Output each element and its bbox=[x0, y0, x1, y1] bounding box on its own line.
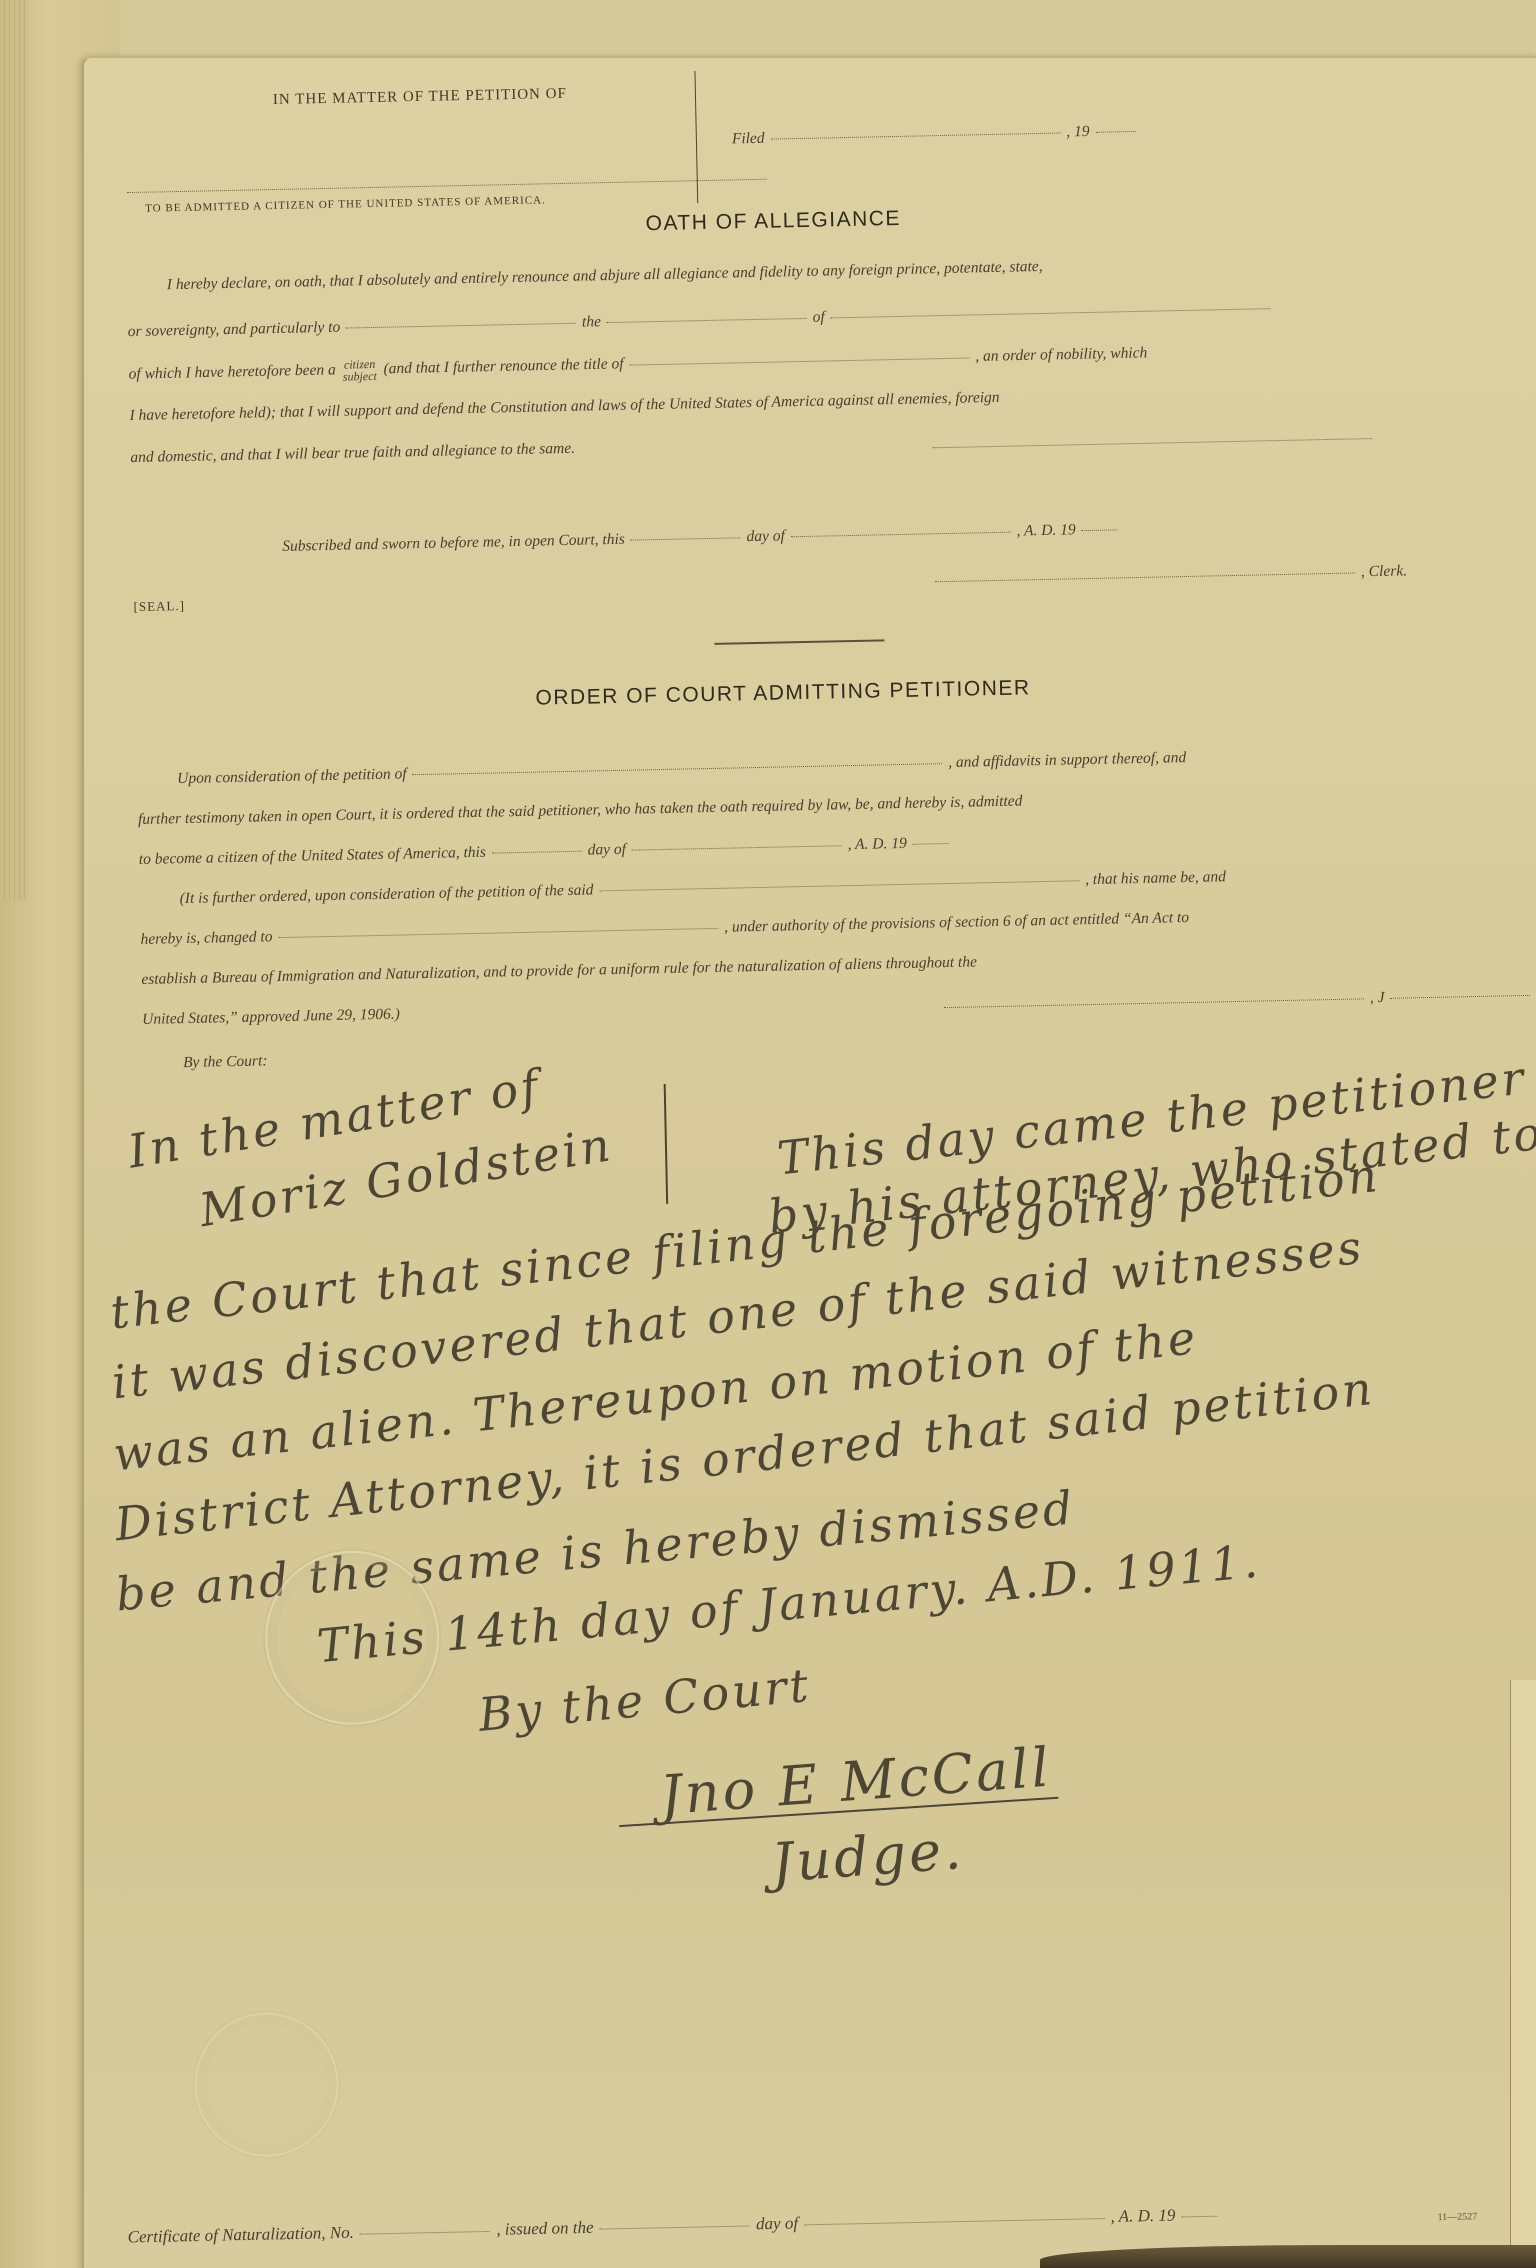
oath-line-2-of: of bbox=[812, 309, 824, 326]
issued-day-of: day of bbox=[756, 2213, 798, 2233]
order-day-field[interactable] bbox=[492, 851, 582, 854]
order-line-5-authority: , under authority of the provisions of s… bbox=[724, 909, 1189, 936]
issued-day-field[interactable] bbox=[600, 2225, 750, 2229]
judge-suffix: , J bbox=[1370, 989, 1385, 1006]
filed-year: , 19 bbox=[1066, 123, 1090, 140]
order-line-6: establish a Bureau of Immigration and Na… bbox=[141, 953, 977, 988]
order-petitioner-field[interactable] bbox=[412, 763, 942, 775]
book-binding bbox=[0, 0, 28, 900]
oath-line-3-renounce: (and that I further renounce the title o… bbox=[383, 355, 623, 377]
judge-title: Judge. bbox=[769, 1818, 966, 1895]
filed-row: Filed , 19 bbox=[732, 122, 1138, 148]
petition-matter-heading: IN THE MATTER OF THE PETITION OF bbox=[273, 86, 567, 109]
new-name-field[interactable] bbox=[278, 928, 718, 938]
oath-line-2: or sovereignty, and particularly to the … bbox=[128, 299, 1273, 341]
order-line-3-text: to become a citizen of the United States… bbox=[139, 844, 486, 868]
sworn-month-field[interactable] bbox=[791, 532, 1011, 538]
order-year-field[interactable] bbox=[913, 843, 949, 845]
header-brace bbox=[694, 71, 704, 203]
citizen-subject-choice: citizensubject bbox=[342, 358, 376, 383]
issued-month-field[interactable] bbox=[804, 2218, 1104, 2225]
sworn-year-field[interactable] bbox=[1082, 529, 1118, 531]
order-line-4-text: (It is further ordered, upon considerati… bbox=[179, 881, 593, 907]
oath-line-1: I hereby declare, on oath, that I absolu… bbox=[167, 258, 1043, 294]
sworn-year-label: , A. D. 19 bbox=[1016, 521, 1075, 539]
name-change-petitioner-field[interactable] bbox=[599, 880, 1079, 891]
filed-date-field[interactable] bbox=[770, 132, 1060, 139]
nobility-title-field[interactable] bbox=[629, 357, 969, 365]
oath-line-3-text: of which I have heretofore been a bbox=[128, 361, 335, 382]
order-line-5: hereby is, changed to , under authority … bbox=[140, 909, 1189, 949]
subject-option: subject bbox=[343, 369, 377, 384]
sworn-text: Subscribed and sworn to before me, in op… bbox=[282, 531, 625, 555]
country-field[interactable] bbox=[831, 308, 1271, 318]
oath-line-3-nobility: , an order of nobility, which bbox=[975, 344, 1147, 365]
order-line-2: further testimony taken in open Court, i… bbox=[138, 792, 1023, 829]
oath-line-4: I have heretofore held); that I will sup… bbox=[129, 389, 999, 425]
order-line-1-text: Upon consideration of the petition of bbox=[177, 765, 407, 787]
oath-line-2-text: or sovereignty, and particularly to bbox=[128, 319, 341, 340]
sworn-day-field[interactable] bbox=[631, 537, 741, 540]
judge-row: , J bbox=[942, 986, 1533, 1016]
judge-name-field[interactable] bbox=[1390, 995, 1530, 999]
order-line-1-affidavits: , and affidavits in support thereof, and bbox=[948, 749, 1186, 771]
clerk-label: , Clerk. bbox=[1361, 562, 1407, 580]
order-title: ORDER OF COURT ADMITTING PETITIONER bbox=[535, 676, 1030, 710]
order-month-field[interactable] bbox=[632, 845, 842, 850]
handwritten-by-the-court: By the Court bbox=[476, 1658, 813, 1742]
issued-year-field[interactable] bbox=[1182, 2215, 1218, 2217]
order-line-3: to become a citizen of the United States… bbox=[139, 834, 951, 869]
certificate-row: Certificate of Naturalization, No. , iss… bbox=[127, 2205, 1219, 2248]
form-number: 11—2527 bbox=[1437, 2211, 1477, 2223]
seal-label: [SEAL.] bbox=[133, 598, 185, 615]
section-divider bbox=[714, 639, 884, 644]
judge-signature-field[interactable] bbox=[944, 998, 1364, 1008]
order-line-1: Upon consideration of the petition of , … bbox=[177, 749, 1186, 788]
certificate-number-field[interactable] bbox=[360, 2231, 490, 2235]
petitioner-signature-field[interactable] bbox=[930, 429, 1374, 456]
clerk-row: , Clerk. bbox=[933, 562, 1407, 590]
judge-signature: Jno E McCall bbox=[658, 1736, 1054, 1828]
sovereign-title-field[interactable] bbox=[607, 318, 807, 323]
order-line-4: (It is further ordered, upon considerati… bbox=[179, 868, 1226, 908]
issued-year-label: , A. D. 19 bbox=[1110, 2206, 1175, 2226]
order-year-label: , A. D. 19 bbox=[847, 835, 906, 853]
order-line-7: United States,” approved June 29, 1906.) bbox=[142, 1006, 400, 1029]
order-line-4-name: , that his name be, and bbox=[1085, 868, 1226, 888]
oath-line-5: and domestic, and that I will bear true … bbox=[130, 440, 575, 467]
issued-on-label: , issued on the bbox=[496, 2218, 594, 2239]
oath-line-3: of which I have heretofore been a citize… bbox=[128, 342, 1147, 387]
sworn-day-of: day of bbox=[746, 527, 785, 545]
sworn-row: Subscribed and sworn to before me, in op… bbox=[282, 520, 1120, 556]
filed-label: Filed bbox=[732, 130, 765, 148]
certificate-label: Certificate of Naturalization, No. bbox=[127, 2223, 354, 2247]
form-content: IN THE MATTER OF THE PETITION OF TO BE A… bbox=[82, 26, 1536, 2268]
oath-title: OATH OF ALLEGIANCE bbox=[645, 207, 901, 236]
order-line-5-text: hereby is, changed to bbox=[140, 928, 272, 948]
handwritten-brace bbox=[664, 1084, 675, 1204]
embossed-seal-faint bbox=[193, 2011, 340, 2158]
order-day-of: day of bbox=[587, 841, 626, 859]
oath-line-2-the: the bbox=[582, 313, 601, 330]
filed-year-field[interactable] bbox=[1095, 131, 1135, 133]
clerk-signature-field[interactable] bbox=[935, 572, 1355, 582]
sovereign-field[interactable] bbox=[346, 323, 576, 329]
by-the-court-printed: By the Court: bbox=[183, 1052, 268, 1072]
